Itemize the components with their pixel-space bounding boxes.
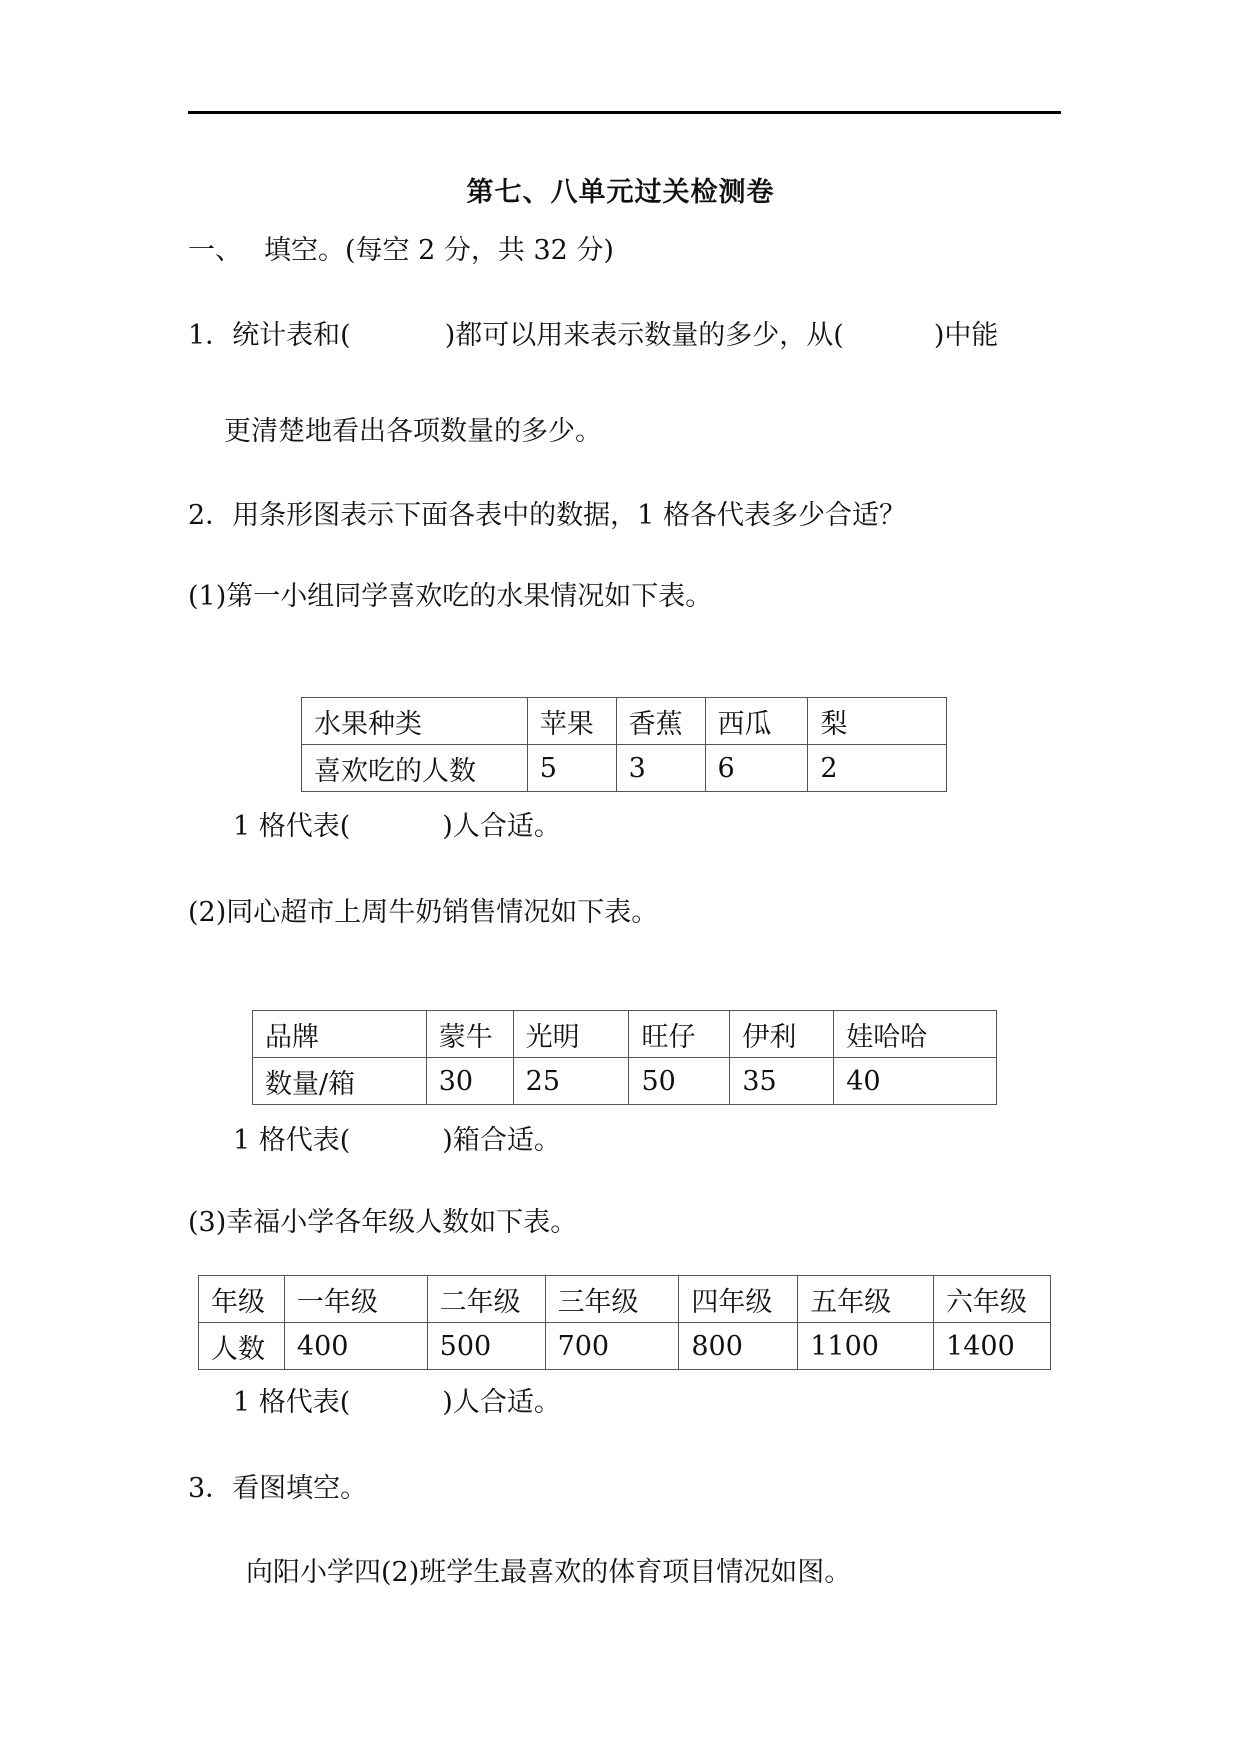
subquestion-1-answer: 1 格代表()人合适。 [233, 809, 561, 845]
section-heading: 一、填空。(每空 2 分，共 32 分) [188, 233, 614, 269]
table-row: 喜欢吃的人数 5 3 6 2 [302, 745, 947, 792]
table-cell: 35 [730, 1058, 834, 1105]
question-3-intro: 向阳小学四(2)班学生最喜欢的体育项目情况如图。 [246, 1555, 851, 1591]
section-number: 一、 [188, 235, 242, 266]
table-cell: 蒙牛 [426, 1011, 513, 1058]
table-cell: 400 [284, 1323, 427, 1370]
answer-prefix: 1 格代表( [233, 1125, 350, 1156]
answer-prefix: 1 格代表( [233, 1387, 350, 1418]
question-text: )都可以用来表示数量的多少，从( [445, 320, 844, 351]
table-cell: 700 [545, 1323, 679, 1370]
table-cell: 光明 [513, 1011, 629, 1058]
table-cell: 6 [705, 745, 808, 792]
answer-suffix: )人合适。 [442, 1387, 561, 1418]
table-cell: 香蕉 [616, 698, 705, 745]
table-cell: 数量/箱 [253, 1058, 427, 1105]
question-text: 统计表和( [232, 320, 351, 351]
table-cell: 40 [834, 1058, 997, 1105]
subquestion-2-label: (2)同心超市上周牛奶销售情况如下表。 [188, 895, 658, 931]
section-instructions: 填空。(每空 2 分，共 32 分) [264, 235, 614, 266]
question-2: 2．用条形图表示下面各表中的数据，1 格各代表多少合适？ [188, 498, 906, 534]
table-cell: 伊利 [730, 1011, 834, 1058]
table-header-row: 水果种类 苹果 香蕉 西瓜 梨 [302, 698, 947, 745]
table-cell: 娃哈哈 [834, 1011, 997, 1058]
table-cell: 三年级 [545, 1276, 679, 1323]
table-cell: 四年级 [679, 1276, 798, 1323]
table-row: 人数 400 500 700 800 1100 1400 [199, 1323, 1051, 1370]
table-row: 数量/箱 30 25 50 35 40 [253, 1058, 997, 1105]
subquestion-3-answer: 1 格代表()人合适。 [233, 1385, 561, 1421]
table-cell: 五年级 [798, 1276, 934, 1323]
subquestion-3-label: (3)幸福小学各年级人数如下表。 [188, 1205, 577, 1241]
page-title: 第七、八单元过关检测卷 [0, 170, 1241, 209]
subquestion-1-label: (1)第一小组同学喜欢吃的水果情况如下表。 [188, 579, 712, 615]
question-1: 1．统计表和()都可以用来表示数量的多少，从()中能 [188, 318, 998, 354]
table-cell: 旺仔 [629, 1011, 730, 1058]
table-cell: 500 [427, 1323, 545, 1370]
table-cell: 年级 [199, 1276, 285, 1323]
grade-population-table: 年级 一年级 二年级 三年级 四年级 五年级 六年级 人数 400 500 70… [198, 1275, 1051, 1370]
answer-prefix: 1 格代表( [233, 811, 350, 842]
table-cell: 一年级 [284, 1276, 427, 1323]
table-header-row: 年级 一年级 二年级 三年级 四年级 五年级 六年级 [199, 1276, 1051, 1323]
table-cell: 800 [679, 1323, 798, 1370]
question-text: 用条形图表示下面各表中的数据，1 格各代表多少合适？ [232, 500, 906, 531]
table-cell: 六年级 [934, 1276, 1051, 1323]
table-cell: 西瓜 [705, 698, 808, 745]
table-cell: 50 [629, 1058, 730, 1105]
question-number: 1． [188, 320, 232, 351]
table-cell: 喜欢吃的人数 [302, 745, 528, 792]
table-cell: 3 [616, 745, 705, 792]
question-3: 3．看图填空。 [188, 1471, 367, 1507]
table-cell: 人数 [199, 1323, 285, 1370]
answer-suffix: )人合适。 [442, 811, 561, 842]
header-rule [188, 111, 1061, 114]
table-cell: 1400 [934, 1323, 1051, 1370]
table-cell: 品牌 [253, 1011, 427, 1058]
milk-sales-table: 品牌 蒙牛 光明 旺仔 伊利 娃哈哈 数量/箱 30 25 50 35 40 [252, 1010, 997, 1105]
fruit-table: 水果种类 苹果 香蕉 西瓜 梨 喜欢吃的人数 5 3 6 2 [301, 697, 947, 792]
table-cell: 水果种类 [302, 698, 528, 745]
table-cell: 5 [527, 745, 616, 792]
answer-suffix: )箱合适。 [442, 1125, 561, 1156]
question-1-continuation: 更清楚地看出各项数量的多少。 [224, 414, 602, 450]
table-cell: 苹果 [527, 698, 616, 745]
table-header-row: 品牌 蒙牛 光明 旺仔 伊利 娃哈哈 [253, 1011, 997, 1058]
question-number: 2． [188, 500, 232, 531]
table-cell: 25 [513, 1058, 629, 1105]
table-cell: 二年级 [427, 1276, 545, 1323]
table-cell: 30 [426, 1058, 513, 1105]
question-text: 看图填空。 [232, 1473, 367, 1504]
table-cell: 梨 [808, 698, 947, 745]
table-cell: 1100 [798, 1323, 934, 1370]
question-number: 3． [188, 1473, 232, 1504]
question-text: )中能 [934, 320, 999, 351]
subquestion-2-answer: 1 格代表()箱合适。 [233, 1123, 561, 1159]
table-cell: 2 [808, 745, 947, 792]
